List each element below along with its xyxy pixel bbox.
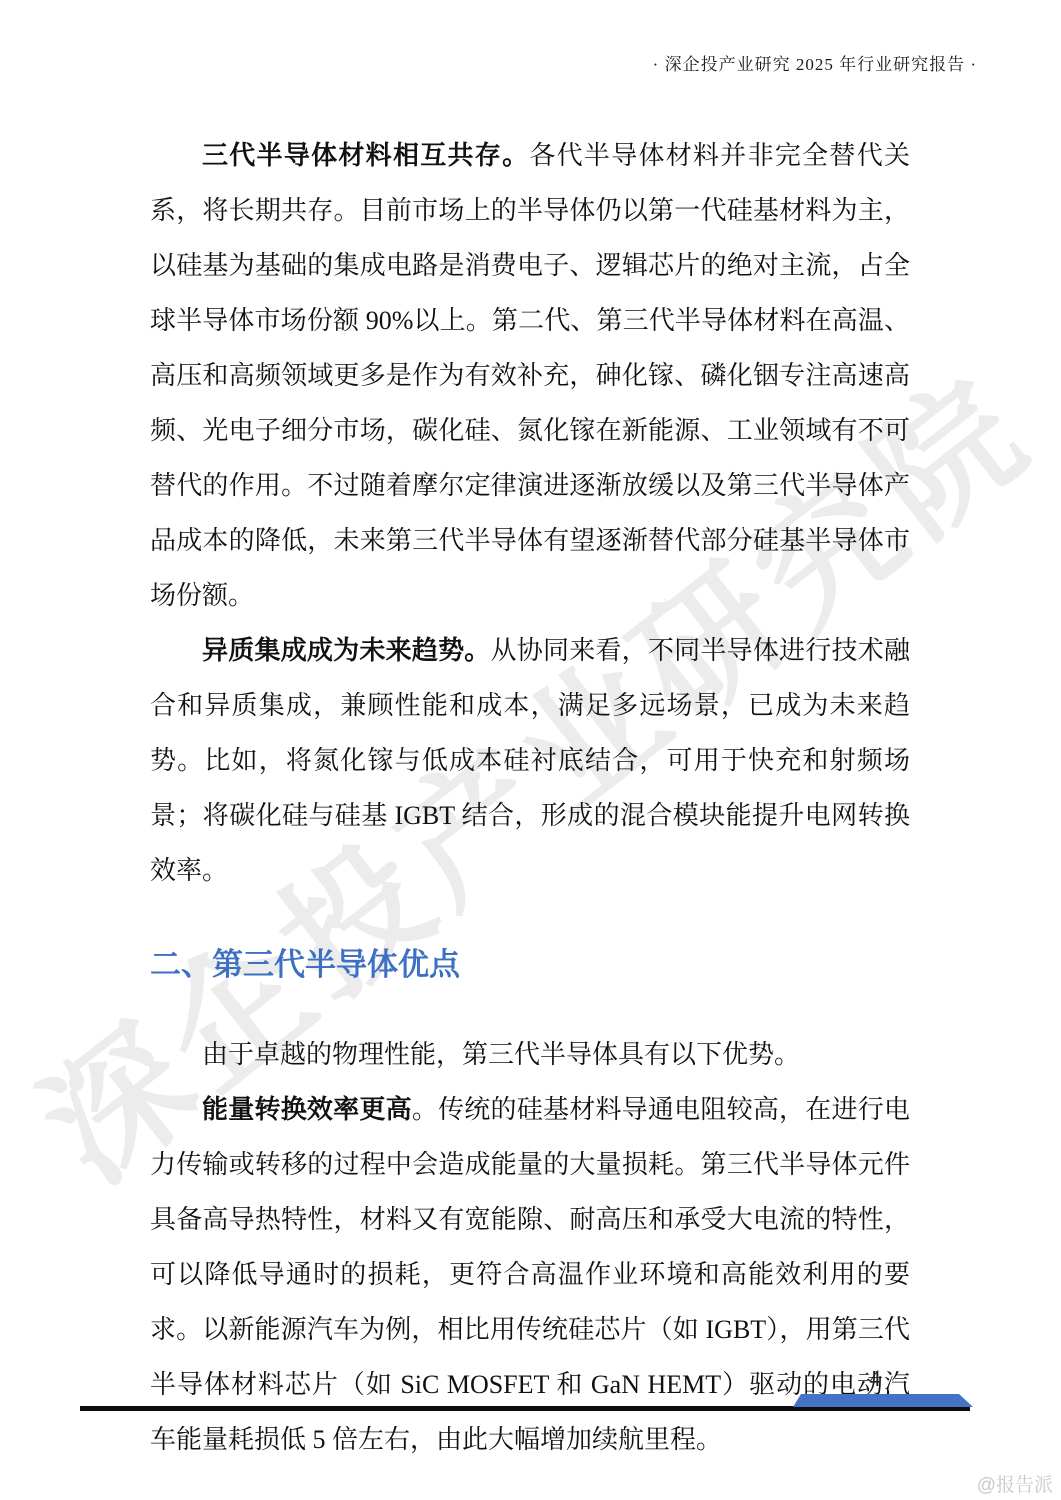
paragraph-coexistence-text: 各代半导体材料并非完全替代关系，将长期共存。目前市场上的半导体仍以第一代硅基材料…: [150, 141, 910, 610]
report-header: · 深企投产业研究 2025 年行业研究报告 ·: [653, 50, 977, 75]
credit-watermark: @报告派: [977, 1470, 1053, 1497]
paragraph-heterogeneous-integration-lead: 异质集成成为未来趋势。: [202, 636, 491, 665]
footer-accent-shape: [793, 1394, 973, 1407]
section-heading-advantages: 二、第三代半导体优点: [150, 943, 910, 987]
paragraph-coexistence-lead: 三代半导体材料相互共存。: [202, 141, 529, 170]
paragraph-energy-efficiency-text: 。传统的硅基材料导通电阻较高，在进行电力传输或转移的过程中会造成能量的大量损耗。…: [150, 1095, 910, 1454]
paragraph-intro-advantages-text: 由于卓越的物理性能，第三代半导体具有以下优势。: [202, 1040, 800, 1069]
paragraph-coexistence: 三代半导体材料相互共存。各代半导体材料并非完全替代关系，将长期共存。目前市场上的…: [150, 128, 910, 623]
paragraph-energy-efficiency-lead: 能量转换效率更高: [202, 1095, 412, 1124]
paragraph-heterogeneous-integration: 异质集成成为未来趋势。从协同来看，不同半导体进行技术融合和异质集成，兼顾性能和成…: [150, 623, 910, 898]
page-number: 4: [845, 1366, 905, 1392]
document-body: 三代半导体材料相互共存。各代半导体材料并非完全替代关系，将长期共存。目前市场上的…: [150, 128, 910, 1467]
paragraph-heterogeneous-integration-text: 从协同来看，不同半导体进行技术融合和异质集成，兼顾性能和成本，满足多远场景，已成…: [150, 636, 910, 885]
paragraph-intro-advantages: 由于卓越的物理性能，第三代半导体具有以下优势。: [150, 1027, 910, 1082]
